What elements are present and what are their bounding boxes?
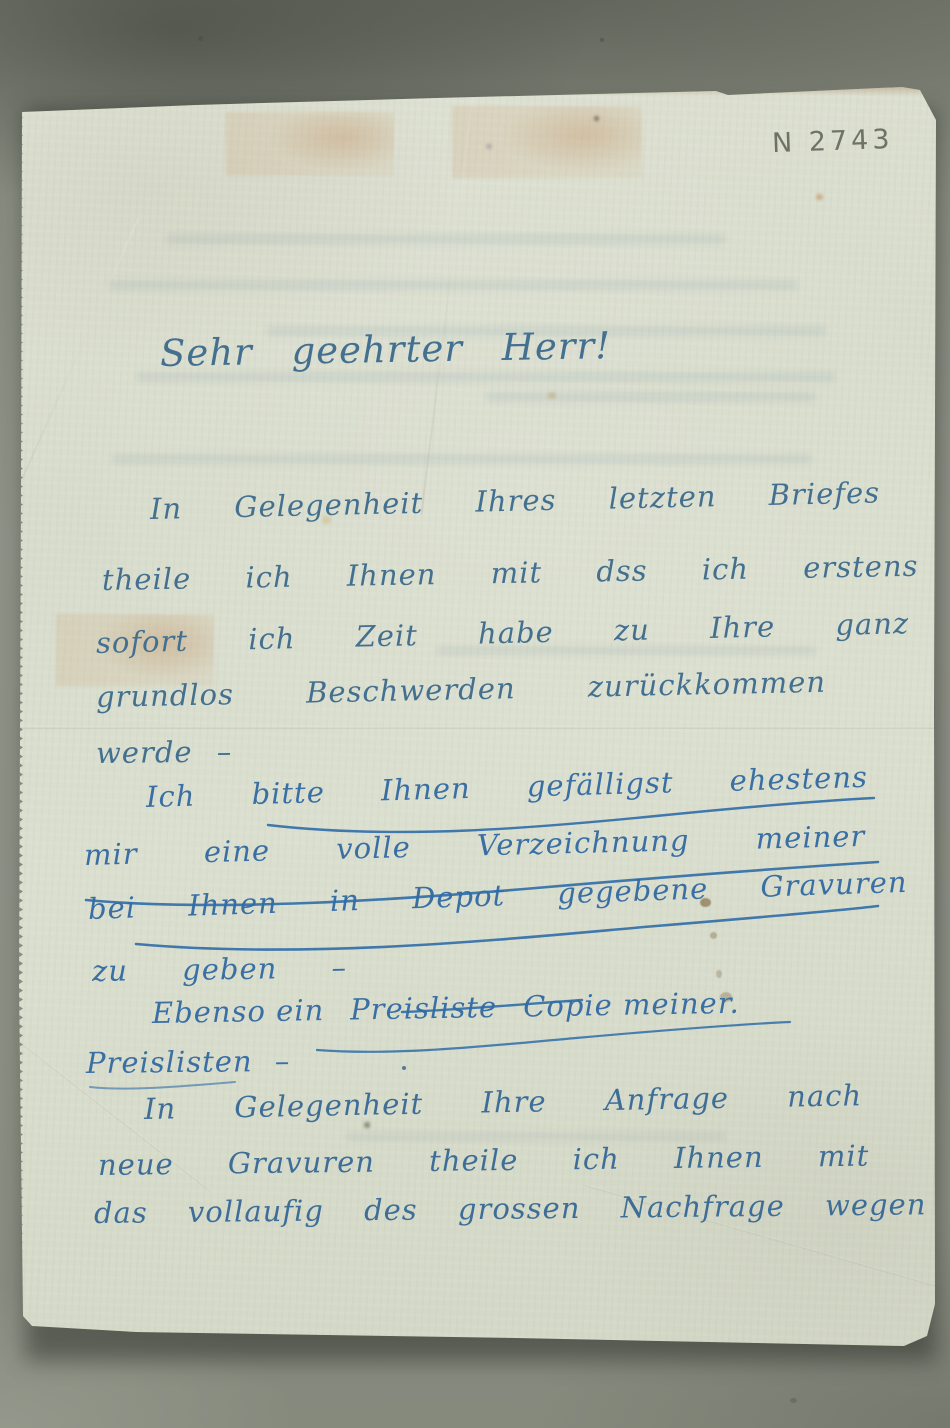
handwritten-line: In Gelegenheit Ihres letzten Briefes bbox=[150, 475, 881, 526]
handwritten-line: Ich bitte Ihnen gefälligst ehestens bbox=[146, 760, 869, 814]
handwritten-line: mir eine volle Verzeichnung meiner bbox=[84, 819, 866, 872]
ink-underline bbox=[90, 1082, 235, 1089]
handwritten-line: In Gelegenheit Ihre Anfrage nach bbox=[144, 1078, 863, 1126]
perforated-edge bbox=[16, 104, 26, 1320]
background-speck bbox=[600, 38, 604, 42]
ink-stain bbox=[716, 970, 722, 978]
salutation-line: Sehr geehrter Herr! bbox=[160, 324, 612, 375]
ink-underline bbox=[317, 1022, 790, 1052]
struck-word: Preisliste bbox=[350, 990, 498, 1027]
paper-crease bbox=[15, 219, 139, 494]
ink-dot bbox=[402, 1066, 406, 1070]
bleedthrough-text bbox=[346, 1132, 726, 1141]
foxing-spot bbox=[816, 194, 823, 200]
handwritten-line: bei Ihnen in Depot gegebene Gravuren bbox=[87, 865, 908, 926]
handwritten-segment: Ebenso ein bbox=[152, 993, 325, 1030]
archival-number: N 2743 bbox=[771, 124, 894, 159]
tape-stain bbox=[452, 106, 642, 178]
handwritten-segment: Copie meiner. bbox=[523, 986, 740, 1024]
bleedthrough-text bbox=[486, 392, 816, 402]
handwritten-line: Preislisten – bbox=[86, 1044, 291, 1080]
handwritten-line: neue Gravuren theile ich Ihnen mit bbox=[98, 1139, 870, 1182]
bleedthrough-text bbox=[166, 234, 726, 244]
background-speck bbox=[198, 36, 203, 41]
bleedthrough-text bbox=[112, 454, 812, 464]
tape-stain bbox=[226, 112, 394, 176]
handwritten-line: theile ich Ihnen mit dss ich erstens bbox=[102, 549, 919, 597]
foxing-spot bbox=[486, 144, 492, 149]
paper-fold-line bbox=[16, 726, 936, 729]
handwritten-line: zu geben – bbox=[92, 950, 347, 988]
foxing-spot bbox=[364, 1122, 370, 1128]
foxing-spot bbox=[594, 116, 599, 121]
handwritten-line: das vollaufig des grossen Nachfrage wege… bbox=[94, 1187, 927, 1230]
background-speck bbox=[790, 1398, 797, 1403]
handwritten-line: werde – bbox=[96, 735, 233, 770]
letter-sheet: N 2743 Sehr geehrter Herr! In Gelegenhei… bbox=[16, 86, 936, 1348]
bleedthrough-text bbox=[108, 280, 798, 290]
ink-stain bbox=[710, 932, 717, 939]
handwritten-line: Ebenso einPreislisteCopie meiner. bbox=[152, 985, 766, 1030]
paper-edge-discoloration bbox=[16, 86, 936, 96]
photo-background: N 2743 Sehr geehrter Herr! In Gelegenhei… bbox=[0, 0, 950, 1428]
